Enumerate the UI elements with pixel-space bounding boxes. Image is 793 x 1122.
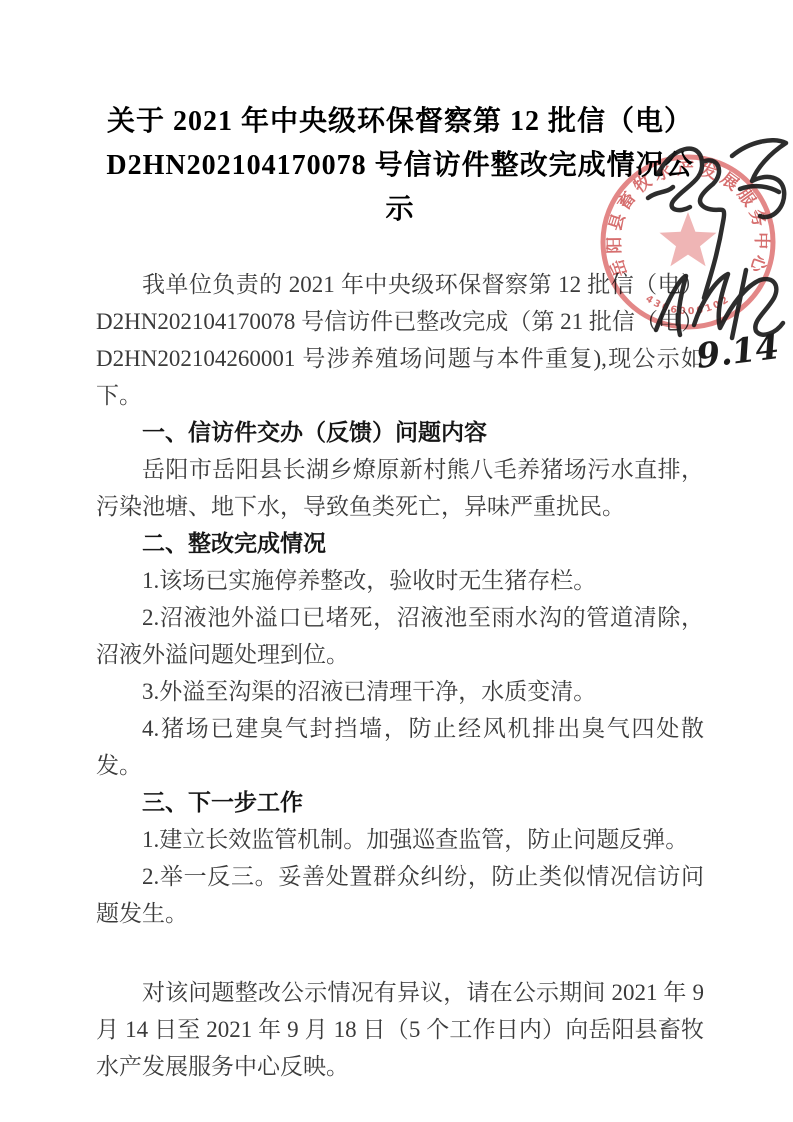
section-3-heading: 三、下一步工作 xyxy=(96,784,704,821)
rectify-item-3: 3.外溢至沟渠的沼液已清理干净，水质变清。 xyxy=(96,673,704,710)
section-2-heading: 二、整改完成情况 xyxy=(96,525,704,562)
notice-text: 我单位负责的 2021 年中央级环保督察第 12 批信（电）D2HN202104… xyxy=(96,266,704,1085)
notice-body: 关于 2021 年中央级环保督察第 12 批信（电） D2HN202104170… xyxy=(96,100,704,1085)
document-page: 关于 2021 年中央级环保督察第 12 批信（电） D2HN202104170… xyxy=(0,0,793,1122)
rectify-item-4: 4.猪场已建臭气封挡墙，防止经风机排出臭气四处散发。 xyxy=(96,710,704,784)
title-line-1: 关于 2021 年中央级环保督察第 12 批信（电） xyxy=(96,100,704,144)
page-title: 关于 2021 年中央级环保督察第 12 批信（电） D2HN202104170… xyxy=(96,100,704,232)
next-step-1: 1.建立长效监管机制。加强巡查监管，防止问题反弹。 xyxy=(96,821,704,858)
rectify-item-1: 1.该场已实施停养整改，验收时无生猪存栏。 xyxy=(96,562,704,599)
rectify-item-2: 2.沼液池外溢口已堵死，沼液池至雨水沟的管道清除，沼液外溢问题处理到位。 xyxy=(96,599,704,673)
handwritten-date: 9.14 xyxy=(694,327,781,377)
title-line-2: D2HN202104170078 号信访件整改完成情况公示 xyxy=(96,144,704,232)
feedback-paragraph: 对该问题整改公示情况有异议，请在公示期间 2021 年 9 月 14 日至 20… xyxy=(96,974,704,1085)
next-step-2: 2.举一反三。妥善处置群众纠纷，防止类似情况信访问题发生。 xyxy=(96,858,704,932)
intro-paragraph: 我单位负责的 2021 年中央级环保督察第 12 批信（电）D2HN202104… xyxy=(96,266,704,414)
problem-paragraph: 岳阳市岳阳县长湖乡燎原新村熊八毛养猪场污水直排，污染池塘、地下水，导致鱼类死亡，… xyxy=(96,451,704,525)
section-1-heading: 一、信访件交办（反馈）问题内容 xyxy=(96,414,704,451)
